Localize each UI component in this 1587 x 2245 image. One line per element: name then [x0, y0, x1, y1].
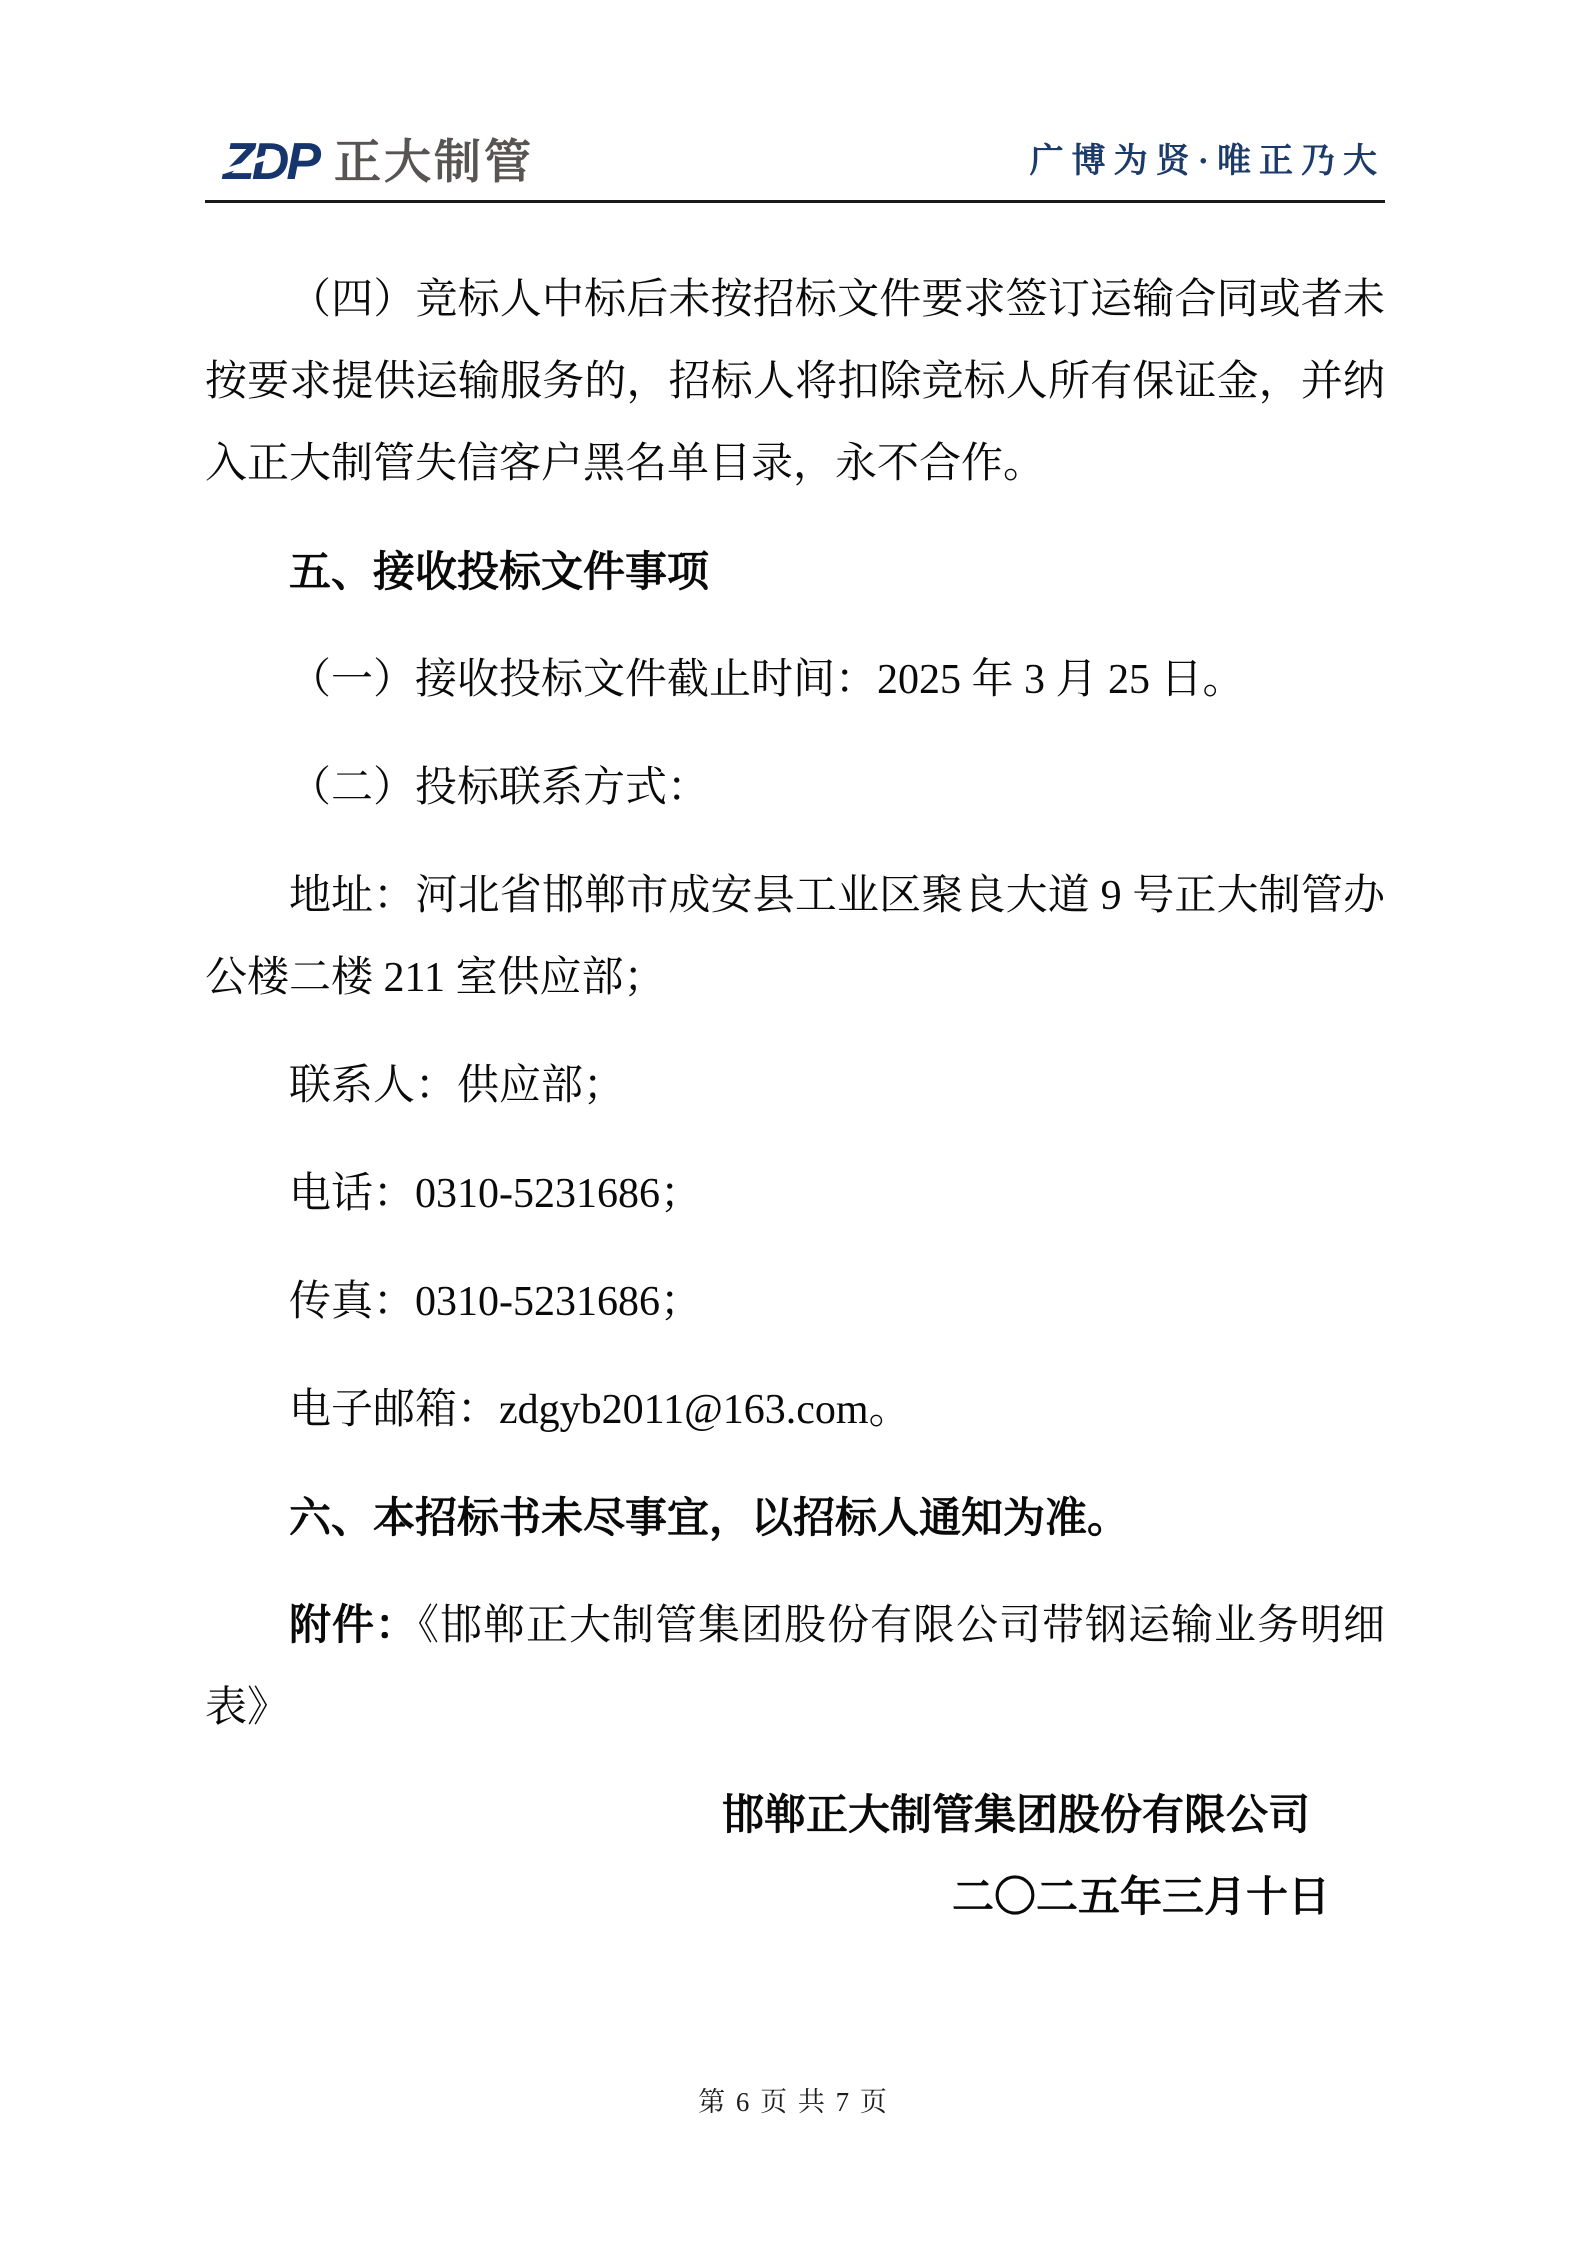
- paragraph-contact-method: （二）投标联系方式：: [205, 747, 1385, 829]
- heading-section-five: 五、接收投标文件事项: [205, 531, 1385, 613]
- page-footer: 第 6 页 共 7 页: [0, 2080, 1587, 2119]
- zdp-logo-icon: ZDP: [223, 138, 318, 186]
- paragraph-clause-four: （四）竞标人中标后未按招标文件要求签订运输合同或者未按要求提供运输服务的，招标人…: [205, 259, 1385, 505]
- paragraph-phone: 电话：0310-5231686；: [205, 1153, 1385, 1235]
- document-body: （四）竞标人中标后未按招标文件要求签订运输合同或者未按要求提供运输服务的，招标人…: [205, 259, 1385, 1939]
- document-page: ZDP 正大制管 广博为贤·唯正乃大 （四）竞标人中标后未按招标文件要求签订运输…: [0, 0, 1587, 2245]
- paragraph-attachment: 附件：《邯郸正大制管集团股份有限公司带钢运输业务明细表》: [205, 1585, 1385, 1749]
- company-slogan: 广博为贤·唯正乃大: [1030, 142, 1385, 186]
- page-number: 第 6 页 共 7 页: [698, 2087, 889, 2117]
- signature-company: 邯郸正大制管集团股份有限公司: [205, 1775, 1385, 1857]
- company-logo: ZDP 正大制管: [205, 138, 534, 186]
- paragraph-address: 地址：河北省邯郸市成安县工业区聚良大道 9 号正大制管办公楼二楼 211 室供应…: [205, 855, 1385, 1019]
- paragraph-fax: 传真：0310-5231686；: [205, 1261, 1385, 1343]
- heading-section-six: 六、本招标书未尽事宜，以招标人通知为准。: [205, 1477, 1385, 1559]
- paragraph-contact-person: 联系人：供应部；: [205, 1045, 1385, 1127]
- paragraph-email: 电子邮箱：zdgyb2011@163.com。: [205, 1369, 1385, 1451]
- logo-brand-text: 正大制管: [334, 138, 534, 186]
- paragraph-deadline: （一）接收投标文件截止时间：2025 年 3 月 25 日。: [205, 639, 1385, 721]
- attachment-label: 附件：: [289, 1603, 418, 1649]
- signature-date: 二〇二五年三月十日: [205, 1857, 1385, 1939]
- page-header: ZDP 正大制管 广博为贤·唯正乃大: [205, 0, 1385, 203]
